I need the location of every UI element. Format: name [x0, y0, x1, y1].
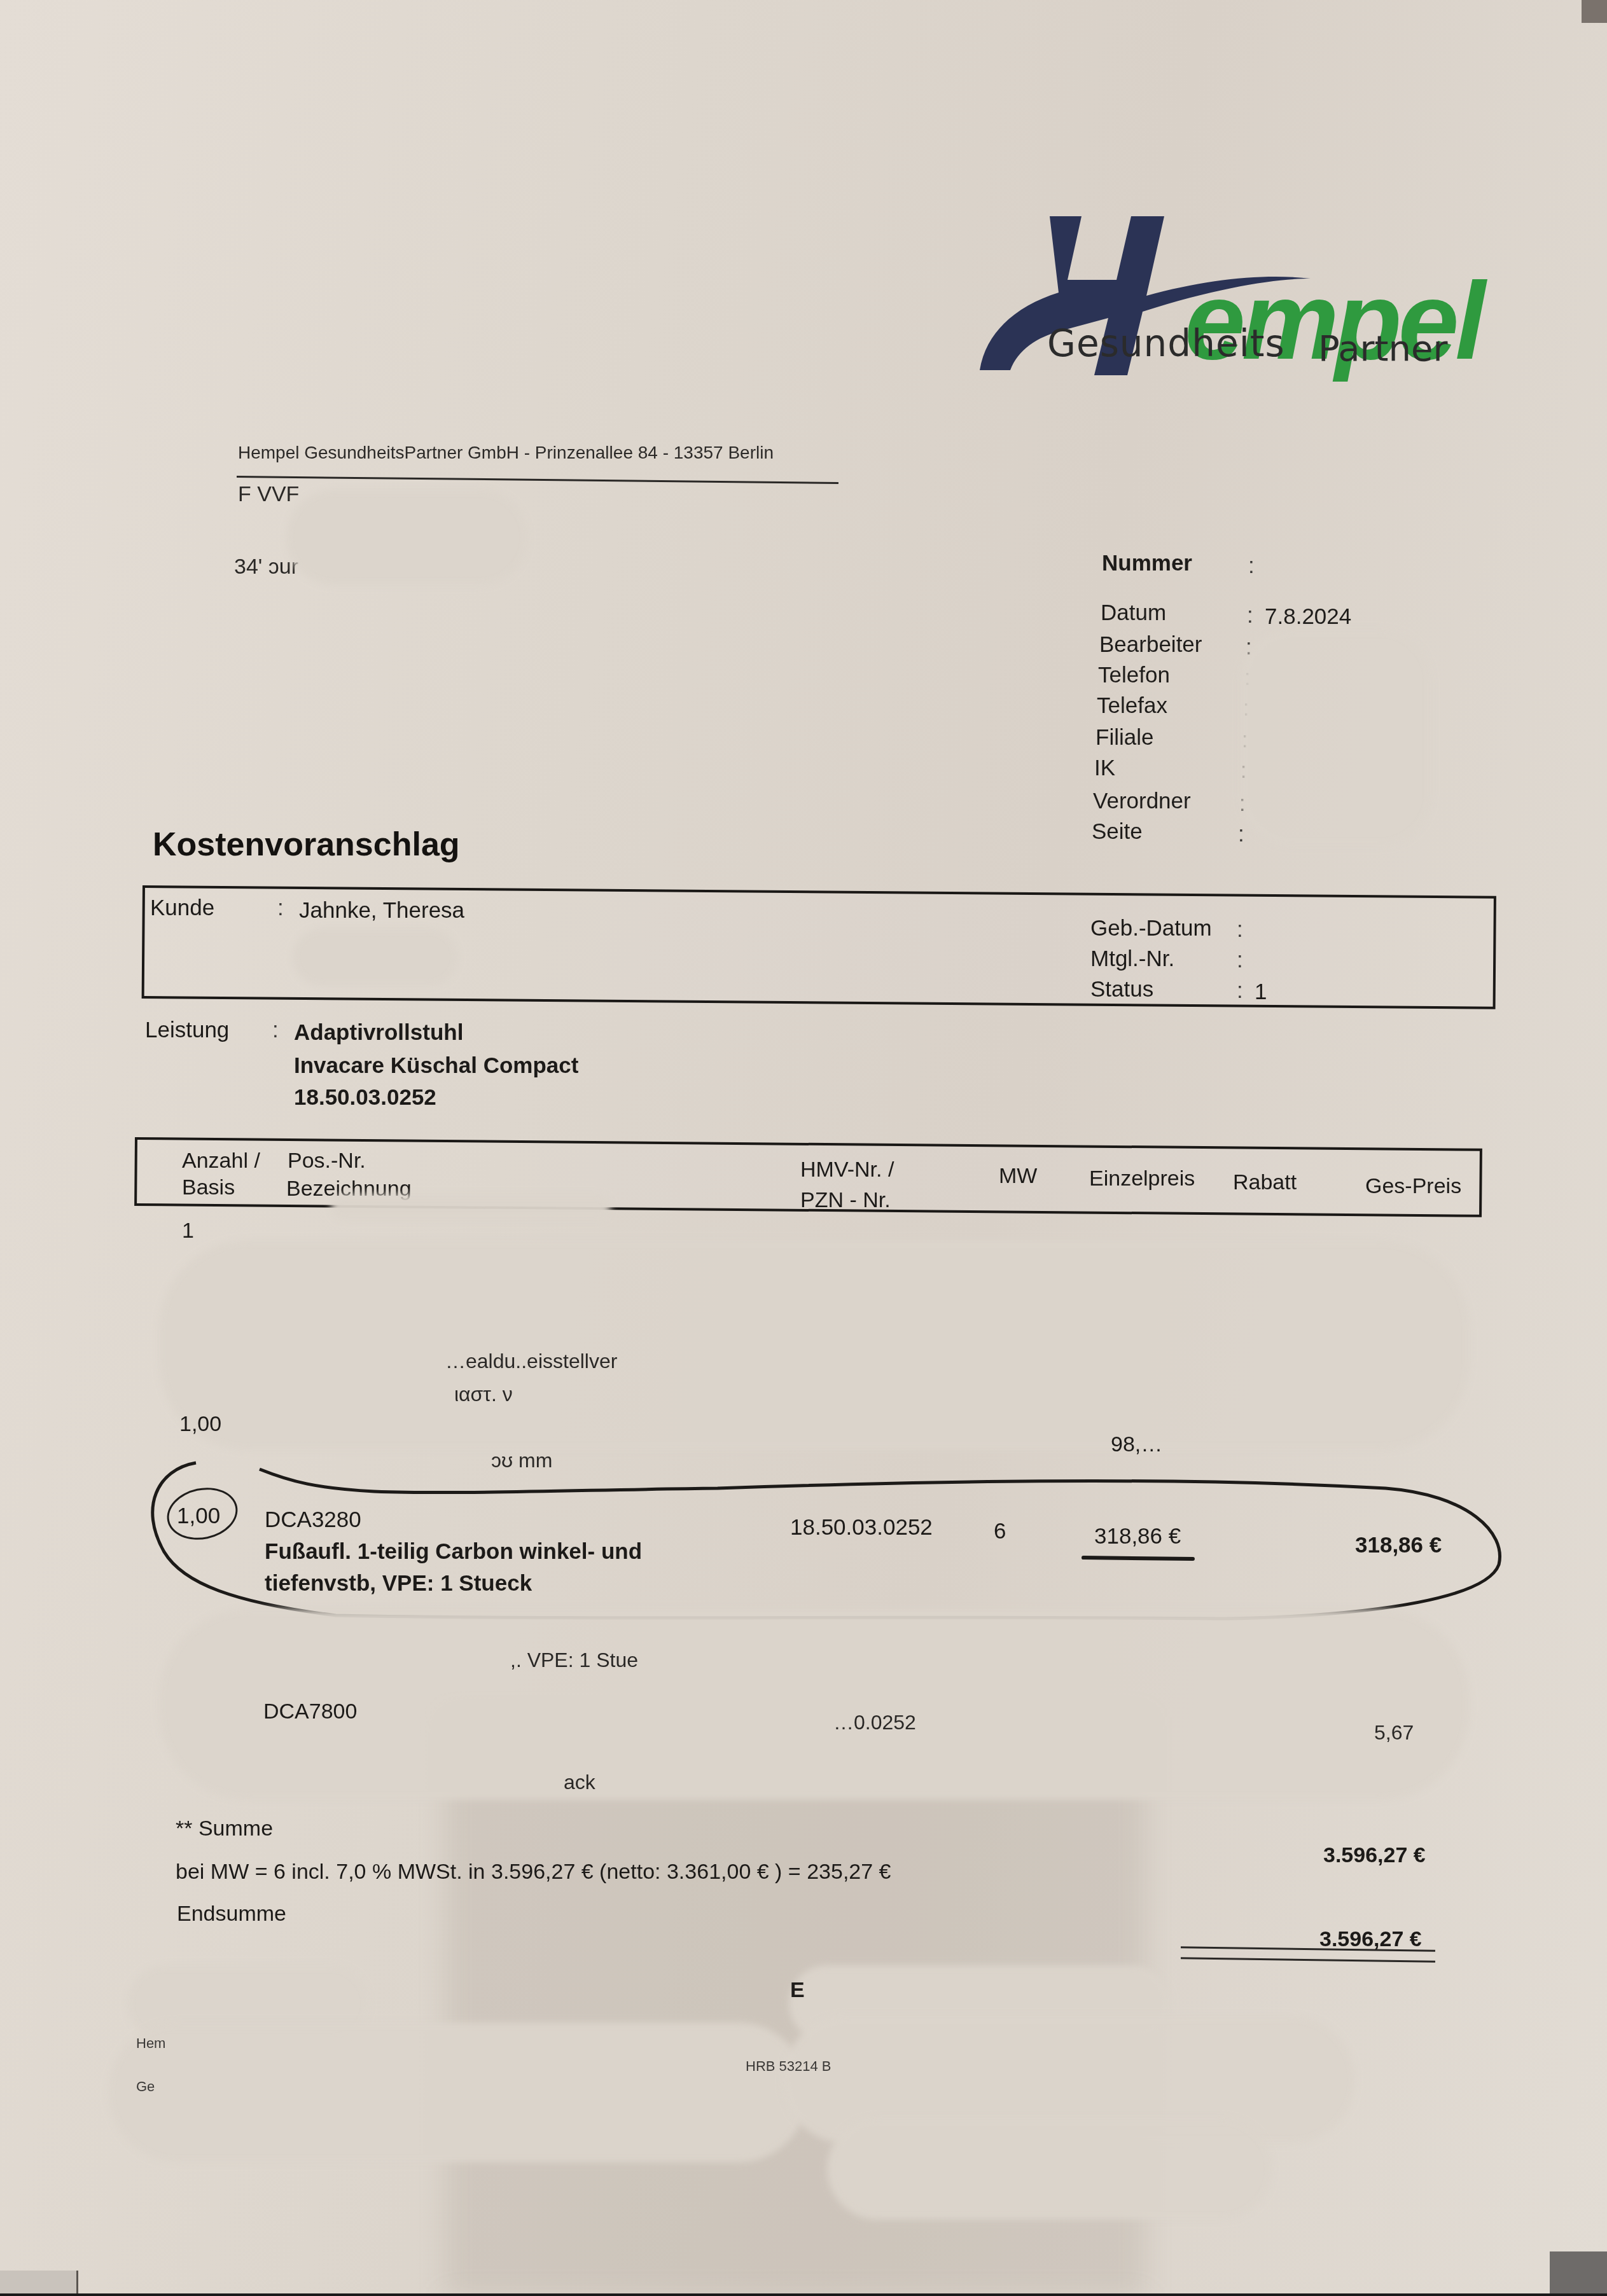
recipient-city-fragment: 34' ɔur [234, 555, 298, 579]
redaction [1241, 630, 1431, 846]
row-4-pos: DCA3280 [265, 1507, 361, 1533]
signature-fragment: E [790, 1978, 805, 2003]
customer-detail-value: 1 [1255, 979, 1267, 1005]
logo-subtitle-2: Partner [1318, 328, 1448, 370]
row-4-hmv: 18.50.03.0252 [790, 1515, 933, 1540]
footer-fragment: Ge [136, 2078, 155, 2095]
header-pzn: PZN - Nr. [800, 1188, 891, 1213]
header-discount: Rabatt [1233, 1170, 1297, 1195]
row-fragment: ,. VPE: 1 Stue [510, 1649, 638, 1672]
row-fragment: …0.0252 [833, 1711, 916, 1734]
meta-colon: : [1238, 822, 1244, 847]
row-4-desc-2: tiefenvstb, VPE: 1 Stueck [265, 1571, 532, 1596]
meta-label: Datum [1101, 600, 1166, 626]
row-6-pos: DCA7800 [263, 1699, 357, 1724]
customer-name: Jahnke, Theresa [299, 898, 464, 923]
page-title: Kostenvoranschlag [153, 826, 460, 864]
row-fragment: ιαστ. ν [454, 1383, 513, 1406]
header-qty: Anzahl / [182, 1149, 260, 1173]
background-corner [1582, 0, 1607, 23]
meta-label: Telefon [1098, 663, 1170, 688]
meta-colon: : [1248, 553, 1255, 579]
sum-value: 3.596,27 € [1323, 1843, 1426, 1868]
footer-register: HRB 53214 B [746, 2058, 831, 2075]
meta-label: Nummer [1102, 551, 1192, 576]
redaction [827, 2118, 1272, 2220]
row-4-unit-price: 318,86 € [1094, 1524, 1181, 1549]
sum-label: ** Summe [176, 1816, 273, 1841]
meta-label: Bearbeiter [1099, 632, 1202, 658]
row-4-mw: 6 [994, 1519, 1006, 1544]
service-hmv-number: 18.50.03.0252 [294, 1085, 436, 1110]
meta-label: Telefax [1097, 693, 1167, 719]
footer-fragment: Hem [136, 2035, 165, 2052]
redaction [286, 490, 528, 585]
service-colon: : [272, 1018, 279, 1043]
logo-subtitle-1: Gesundheits [1047, 322, 1285, 365]
row-fragment: …ealdu..eisstellver [445, 1350, 617, 1373]
row-4-qty: 1,00 [177, 1504, 220, 1529]
customer-detail-label: Mtgl.-Nr. [1090, 946, 1174, 972]
vat-line: bei MW = 6 incl. 7,0 % MWSt. in 3.596,27… [176, 1860, 891, 1885]
customer-detail-colon: : [1237, 917, 1243, 943]
header-pos: Pos.-Nr. [288, 1149, 366, 1173]
redaction [293, 929, 458, 986]
page-edge [0, 2293, 1607, 2296]
row-3-unit-price: 98,… [1111, 1432, 1162, 1457]
header-unit-price: Einzelpreis [1089, 1166, 1195, 1191]
row-4-total: 318,86 € [1355, 1533, 1442, 1558]
meta-label: Seite [1092, 819, 1143, 845]
customer-detail-label: Status [1090, 977, 1153, 1002]
customer-colon: : [277, 896, 284, 921]
redaction [159, 1240, 1470, 1450]
service-product: Invacare Küschal Compact [294, 1053, 578, 1079]
redaction [331, 1194, 611, 1220]
meta-label: Verordner [1093, 789, 1191, 814]
row-4-desc-1: Fußaufl. 1-teilig Carbon winkel- und [265, 1539, 642, 1565]
meta-label: Filiale [1096, 725, 1153, 750]
row-fragment: 5,67 [1374, 1721, 1414, 1745]
customer-detail-colon: : [1237, 978, 1243, 1004]
recipient-line-fragment: F VVF [238, 482, 299, 507]
row-1-qty: 1 [182, 1219, 194, 1243]
header-total: Ges-Preis [1365, 1174, 1461, 1199]
meta-label: IK [1094, 756, 1115, 781]
sender-address: Hempel GesundheitsPartner GmbH - Prinzen… [238, 443, 774, 463]
redaction [108, 2023, 808, 2162]
background-corner [0, 2271, 78, 2296]
service-type: Adaptivrollstuhl [294, 1020, 463, 1046]
final-sum-label: Endsumme [177, 1902, 286, 1926]
customer-detail-colon: : [1237, 948, 1243, 973]
customer-detail-label: Geb.-Datum [1090, 916, 1212, 941]
background-corner [1550, 2251, 1607, 2296]
row-3-qty: 1,00 [179, 1412, 221, 1437]
header-qty-basis: Basis [182, 1175, 235, 1200]
meta-value: 7.8.2024 [1265, 604, 1351, 630]
header-mw: MW [999, 1164, 1037, 1189]
service-label: Leistung [145, 1018, 229, 1043]
row-fragment: ack [564, 1771, 595, 1794]
company-logo: Hempel empel Gesundheits Partner [980, 204, 1476, 394]
header-hmv: HMV-Nr. / [800, 1158, 894, 1182]
meta-colon: : [1247, 603, 1253, 628]
customer-label: Kunde [150, 896, 214, 921]
